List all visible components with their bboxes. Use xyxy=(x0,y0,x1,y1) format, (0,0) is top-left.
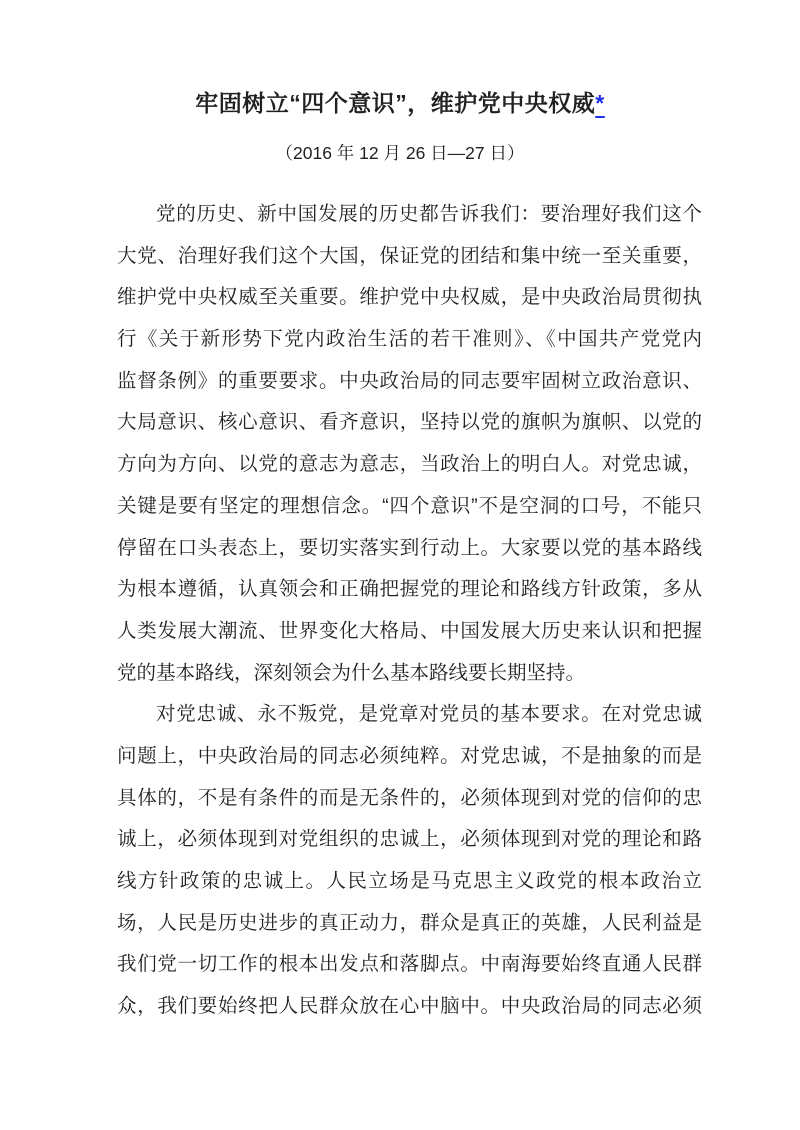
document-body: 党的历史、新中国发展的历史都告诉我们：要治理好我们这个大党、治理好我们这个大国，… xyxy=(117,194,702,1028)
body-line: 我们党一切工作的根本出发点和落脚点。中南海要始终直通人民群 xyxy=(117,944,702,986)
body-line: 大党、治理好我们这个大国，保证党的团结和集中统一至关重要， xyxy=(117,236,702,278)
body-line: 关键是要有坚定的理想信念。“四个意识”不是空洞的口号，不能只 xyxy=(117,486,702,528)
paragraph: 党的历史、新中国发展的历史都告诉我们：要治理好我们这个大党、治理好我们这个大国，… xyxy=(117,194,702,694)
body-line: 诚上，必须体现到对党组织的忠诚上，必须体现到对党的理论和路 xyxy=(117,819,702,861)
document-page: 牢固树立“四个意识”，维护党中央权威* （2016 年 12 月 26 日—27… xyxy=(0,0,800,1130)
body-line: 行《关于新形势下党内政治生活的若干准则》、《中国共产党党内 xyxy=(117,319,702,361)
body-line: 场，人民是历史进步的真正动力，群众是真正的英雄，人民利益是 xyxy=(117,903,702,945)
body-line: 大局意识、核心意识、看齐意识，坚持以党的旗帜为旗帜、以党的 xyxy=(117,402,702,444)
body-line: 众，我们要始终把人民群众放在心中脑中。中央政治局的同志必须 xyxy=(117,986,702,1028)
footnote-asterisk-link[interactable]: * xyxy=(595,90,604,116)
body-line: 维护党中央权威至关重要。维护党中央权威，是中央政治局贯彻执 xyxy=(117,277,702,319)
body-line: 线方针政策的忠诚上。人民立场是马克思主义政党的根本政治立 xyxy=(117,861,702,903)
body-line: 人类发展大潮流、世界变化大格局、中国发展大历史来认识和把握 xyxy=(117,611,702,653)
body-line: 党的基本路线，深刻领会为什么基本路线要长期坚持。 xyxy=(117,653,702,695)
body-line: 问题上，中央政治局的同志必须纯粹。对党忠诚，不是抽象的而是 xyxy=(117,736,702,778)
body-line: 停留在口头表态上，要切实落实到行动上。大家要以党的基本路线 xyxy=(117,528,702,570)
body-line: 监督条例》的重要要求。中央政治局的同志要牢固树立政治意识、 xyxy=(117,361,702,403)
document-title: 牢固树立“四个意识”，维护党中央权威* xyxy=(0,0,800,117)
body-line: 方向为方向、以党的意志为意志，当政治上的明白人。对党忠诚， xyxy=(117,444,702,486)
paragraph: 对党忠诚、永不叛党，是党章对党员的基本要求。在对党忠诚问题上，中央政治局的同志必… xyxy=(117,694,702,1028)
body-line: 党的历史、新中国发展的历史都告诉我们：要治理好我们这个 xyxy=(117,194,702,236)
body-line: 对党忠诚、永不叛党，是党章对党员的基本要求。在对党忠诚 xyxy=(117,694,702,736)
body-line: 为根本遵循，认真领会和正确把握党的理论和路线方针政策，多从 xyxy=(117,569,702,611)
body-line: 具体的，不是有条件的而是无条件的，必须体现到对党的信仰的忠 xyxy=(117,778,702,820)
document-date-line: （2016 年 12 月 26 日—27 日） xyxy=(0,143,800,163)
title-text: 牢固树立“四个意识”，维护党中央权威 xyxy=(195,90,595,116)
